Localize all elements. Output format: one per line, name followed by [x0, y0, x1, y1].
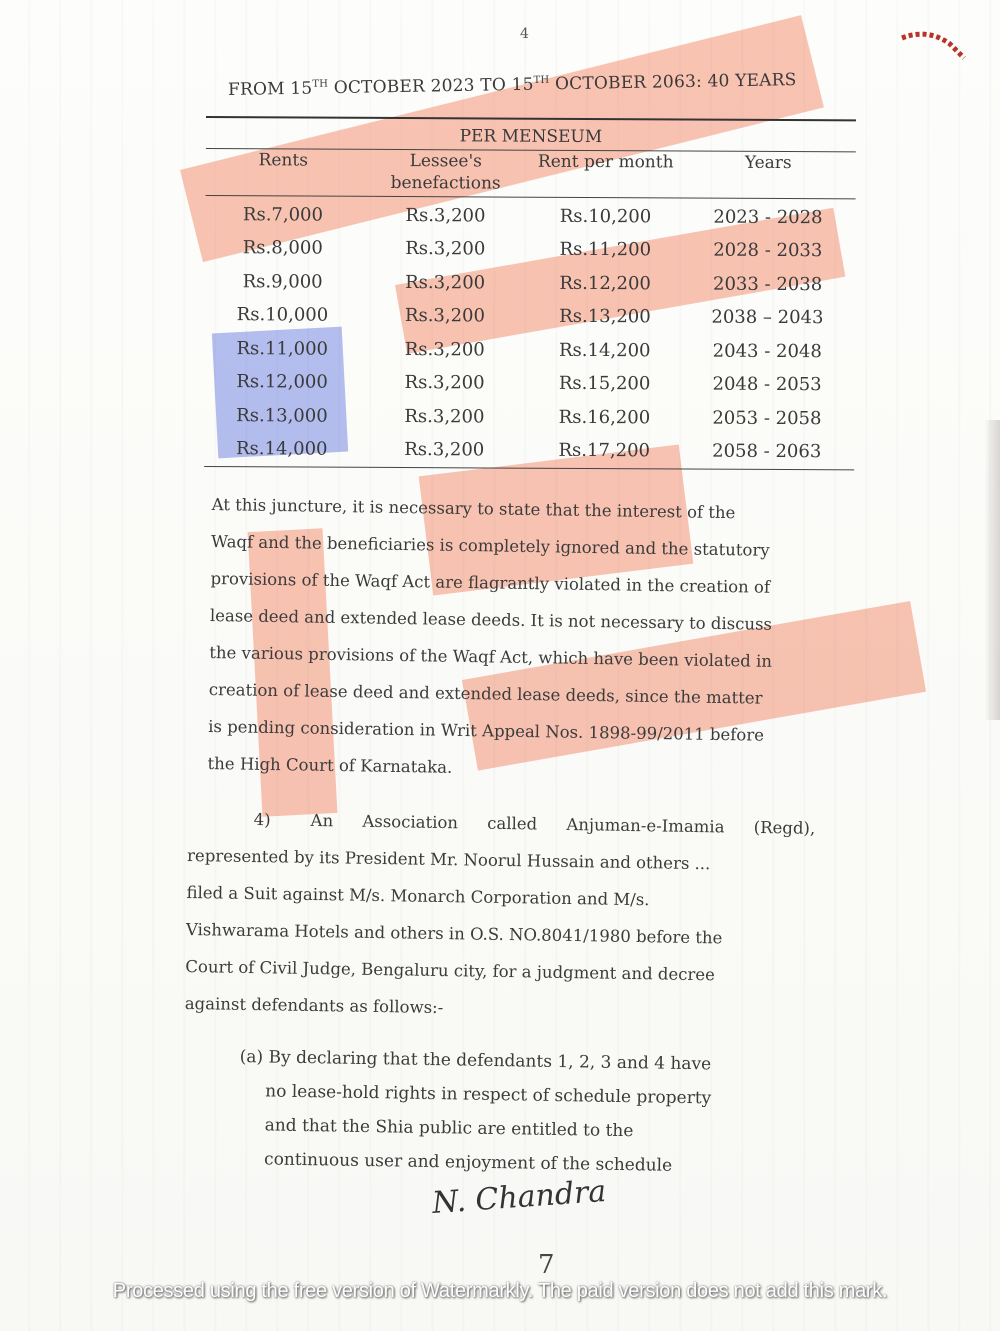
col-years: Years	[681, 151, 856, 196]
cell-rent-per-month: Rs.12,200	[530, 266, 680, 300]
table-row: Rs.10,000Rs.3,200Rs.13,2002038 – 2043	[205, 298, 855, 335]
cell-rent-per-month: Rs.15,200	[530, 367, 680, 401]
per-menseum-header: PER MENSEUM	[206, 117, 856, 150]
paragraph-4-suit: 4) An Association called Anjuman-e-Imami…	[185, 800, 813, 1032]
table-row: Rs.7,000Rs.3,200Rs.10,2002023 - 2028	[205, 197, 855, 234]
table-row: Rs.12,000Rs.3,200Rs.15,2002048 - 2053	[205, 365, 855, 402]
cell-years: 2033 - 2038	[680, 267, 855, 301]
cell-years: 2058 - 2063	[679, 434, 854, 468]
corner-stamp-mark	[898, 24, 970, 64]
cell-rent-per-month: Rs.14,200	[530, 333, 680, 367]
table-row: Rs.11,000Rs.3,200Rs.14,2002043 - 2048	[205, 331, 855, 368]
cell-benefaction: Rs.3,200	[360, 198, 530, 232]
paragraph-waqf-violation: At this juncture, it is necessary to sta…	[207, 486, 822, 792]
cell-rent-per-month: Rs.13,200	[530, 300, 680, 334]
table-row: Rs.8,000Rs.3,200Rs.11,2002028 - 2033	[205, 231, 855, 268]
paragraph-number: 4)	[253, 801, 271, 838]
cell-benefaction: Rs.3,200	[360, 332, 530, 366]
rent-schedule-table: PER MENSEUM Rents Lessee's benefactions …	[204, 116, 856, 470]
table-row: Rs.9,000Rs.3,200Rs.12,2002033 - 2038	[205, 264, 855, 301]
table-header-row: Rents Lessee's benefactions Rent per mon…	[206, 148, 856, 197]
cell-years: 2038 – 2043	[680, 300, 855, 334]
cell-rent-per-month: Rs.17,200	[529, 434, 679, 468]
clause-a: (a) By declaring that the defendants 1, …	[238, 1040, 760, 1184]
cell-rent-per-month: Rs.11,200	[530, 233, 680, 267]
cell-rent: Rs.7,000	[205, 197, 360, 231]
page-number: 4	[520, 26, 529, 42]
cell-benefaction: Rs.3,200	[359, 399, 529, 433]
cell-benefaction: Rs.3,200	[360, 265, 530, 299]
cell-rent-per-month: Rs.10,200	[530, 199, 680, 233]
table-row: Rs.14,000Rs.3,200Rs.17,2002058 - 2063	[204, 432, 854, 469]
cell-benefaction: Rs.3,200	[360, 299, 530, 333]
col-benefactions: Lessee's benefactions	[361, 149, 531, 194]
col-rents: Rents	[206, 148, 361, 193]
page-edge-shadow	[984, 420, 1000, 720]
watermark-text: Processed using the free version of Wate…	[0, 1280, 1000, 1303]
cell-benefaction: Rs.3,200	[360, 232, 530, 266]
cell-years: 2048 - 2053	[680, 367, 855, 401]
col-rent-per-month: Rent per month	[531, 150, 681, 195]
cell-rent: Rs.14,000	[204, 432, 359, 466]
table-body: Rs.7,000Rs.3,200Rs.10,2002023 - 2028Rs.8…	[204, 195, 855, 468]
cell-rent: Rs.11,000	[205, 331, 360, 365]
cell-benefaction: Rs.3,200	[359, 433, 529, 467]
cell-years: 2028 - 2033	[680, 233, 855, 267]
cell-rent: Rs.8,000	[205, 231, 360, 265]
cell-rent: Rs.12,000	[205, 365, 360, 399]
cell-rent-per-month: Rs.16,200	[529, 400, 679, 434]
table-row: Rs.13,000Rs.3,200Rs.16,2002053 - 2058	[204, 398, 854, 435]
cell-rent: Rs.9,000	[205, 264, 360, 298]
cell-rent: Rs.10,000	[205, 298, 360, 332]
footer-page-mark: 7	[538, 1250, 555, 1280]
cell-years: 2043 - 2048	[680, 334, 855, 368]
cell-benefaction: Rs.3,200	[360, 366, 530, 400]
cell-years: 2053 - 2058	[679, 401, 854, 435]
cell-rent: Rs.13,000	[204, 398, 359, 432]
cell-years: 2023 - 2028	[680, 200, 855, 234]
